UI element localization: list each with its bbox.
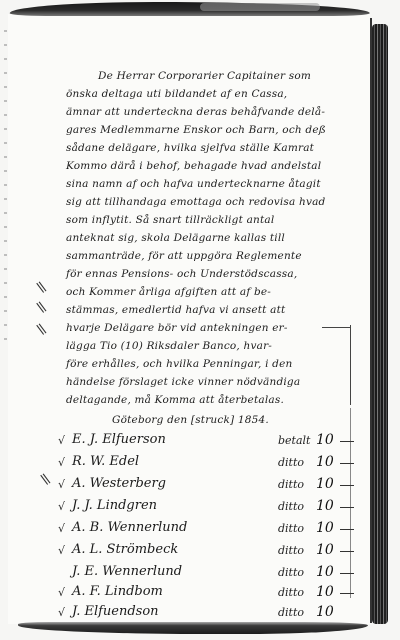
paragraph-line: före erhålles, och hvilka Penningar, i d…	[66, 358, 292, 370]
amount-dash	[340, 551, 354, 552]
amount-dash	[340, 463, 354, 464]
paragraph-line: för ennas Pensions- och Understödscassa,	[66, 268, 297, 280]
entry-name: A. Westerberg	[72, 476, 166, 491]
entry-name: J. Elfuendson	[72, 604, 159, 619]
entry-name: E. J. Elfuerson	[72, 432, 166, 447]
ledger-entry: √ E. J. Elfuerson betalt 10	[58, 432, 358, 452]
check-mark: √	[58, 522, 65, 535]
amount-dash	[340, 441, 354, 442]
paragraph-line: sina namn af och hafva undertecknarne åt…	[66, 178, 321, 190]
binding-holes	[4, 30, 7, 350]
amount-dash	[340, 485, 354, 486]
entry-name: R. W. Edel	[72, 454, 139, 469]
entry-amount: 10	[316, 584, 334, 600]
paragraph-line: Kommo därå i behof, behagade hvad andels…	[66, 160, 321, 172]
paragraph-line: anteknat sig, skola Delägarne kallas til…	[66, 232, 285, 244]
ledger-entry: √ R. W. Edel ditto 10	[58, 454, 358, 474]
check-mark: √	[58, 606, 65, 619]
check-mark: √	[58, 500, 65, 513]
paragraph-line: deltagande, må Komma att återbetalas.	[66, 394, 284, 406]
ledger-entry: √ A. F. Lindbom ditto 10	[58, 584, 358, 604]
check-mark: √	[58, 478, 65, 491]
paragraph-line: hvarje Delägare bör vid antekningen er-	[66, 322, 288, 334]
book-spine	[372, 24, 388, 624]
amount-dash	[340, 593, 354, 594]
paragraph-line: sådane delägare, hvilka sjelfva ställe K…	[66, 142, 314, 154]
entry-name: J. E. Wennerlund	[72, 564, 182, 579]
margin-bracket	[350, 325, 351, 405]
entry-status: betalt	[278, 434, 310, 447]
entry-status: ditto	[278, 566, 304, 579]
entry-amount: 10	[316, 604, 334, 620]
entry-status: ditto	[278, 456, 304, 469]
margin-bracket-end	[322, 327, 350, 328]
entry-name: J. J. Lindgren	[72, 498, 157, 513]
paragraph-line: sammanträde, för att uppgöra Reglemente	[66, 250, 302, 262]
paragraph-line: gares Medlemmarne Enskor och Barn, och d…	[66, 124, 326, 136]
paragraph-line: lägga Tio (10) Riksdaler Banco, hvar-	[66, 340, 272, 352]
entry-status: ditto	[278, 478, 304, 491]
paragraph-line: sig att tillhandaga emottaga och redovis…	[66, 196, 325, 208]
entry-amount: 10	[316, 476, 334, 492]
entry-name: A. L. Strömbeck	[72, 542, 178, 557]
entry-amount: 10	[316, 498, 334, 514]
check-mark: √	[58, 544, 65, 557]
top-edge-highlight	[200, 3, 320, 11]
ledger-entry: √ A. Westerberg ditto 10	[58, 476, 358, 496]
entry-amount: 10	[316, 454, 334, 470]
entry-amount: 10	[316, 520, 334, 536]
ledger-entry: √ J. Elfuendson ditto 10	[58, 604, 358, 624]
paragraph-line: önska deltaga uti bildandet af en Cassa,	[66, 88, 287, 100]
entry-name: A. B. Wennerlund	[72, 520, 187, 535]
amount-dash	[340, 507, 354, 508]
check-mark: √	[58, 434, 65, 447]
entry-status: ditto	[278, 522, 304, 535]
ledger-entry: √ A. L. Strömbeck ditto 10	[58, 542, 358, 562]
date-line: Göteborg den [struck] 1854.	[112, 414, 269, 426]
paragraph-line: och Kommer årliga afgiften att af be-	[66, 286, 271, 298]
ledger-entry: J. E. Wennerlund ditto 10	[58, 564, 358, 584]
entry-amount: 10	[316, 542, 334, 558]
paragraph-line: stämmas, emedlertid hafva vi ansett att	[66, 304, 285, 316]
paragraph-line: som inflytit. Så snart tillräckligt anta…	[66, 214, 274, 226]
paragraph-line: ämnar att underteckna deras behåfvande d…	[66, 106, 325, 118]
check-mark: √	[58, 586, 65, 599]
amount-dash	[340, 529, 354, 530]
entry-status: ditto	[278, 500, 304, 513]
entry-status: ditto	[278, 586, 304, 599]
paragraph-line: De Herrar Corporarier Capitainer som	[98, 70, 311, 82]
ledger-entry: √ J. J. Lindgren ditto 10	[58, 498, 358, 518]
entry-name: A. F. Lindbom	[72, 584, 163, 599]
entry-amount: 10	[316, 432, 334, 448]
entry-amount: 10	[316, 564, 334, 580]
ledger-entry: √ A. B. Wennerlund ditto 10	[58, 520, 358, 540]
entry-status: ditto	[278, 544, 304, 557]
check-mark: √	[58, 456, 65, 469]
amount-dash	[340, 573, 354, 574]
paragraph-line: händelse förslaget icke vinner nödvändig…	[66, 376, 300, 388]
entry-status: ditto	[278, 606, 304, 619]
